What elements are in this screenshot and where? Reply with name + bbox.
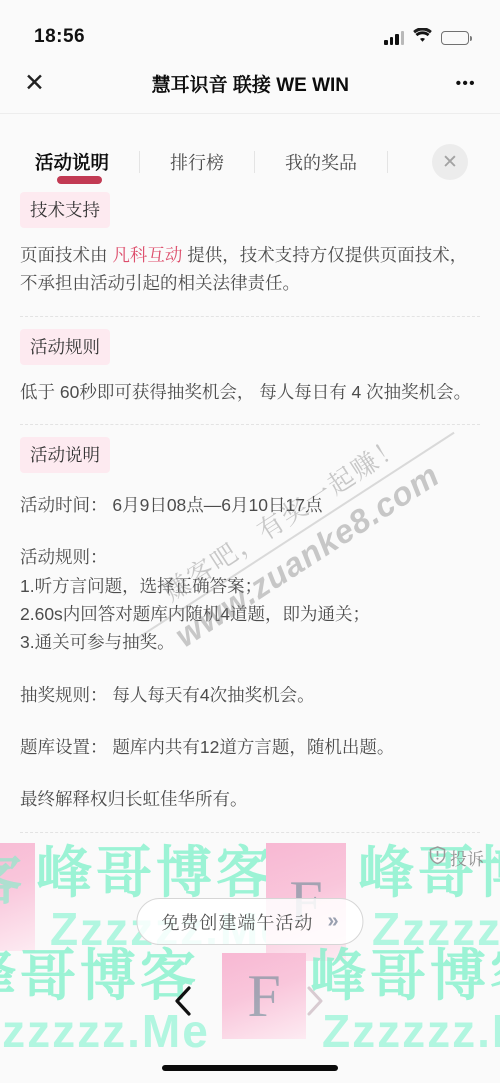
tech-support-text-before: 页面技术由 — [20, 245, 112, 265]
chevron-right-icon — [302, 985, 328, 1017]
tab-my-prizes[interactable]: 我的奖品 — [285, 149, 357, 175]
tech-support-text: 页面技术由 凡科互动 提供，技术支持方仅提供页面技术，不承担由活动引起的相关法律… — [20, 241, 480, 298]
browser-nav-bar: ✕ 慧耳识音 联接 WE WIN ••• — [0, 54, 500, 114]
active-tab-indicator — [57, 176, 102, 184]
fanke-link[interactable]: 凡科互动 — [112, 245, 182, 265]
tabs-close-button[interactable]: ✕ — [432, 144, 468, 180]
next-page-button[interactable] — [302, 985, 328, 1017]
tab-divider — [139, 151, 140, 173]
final-interpretation-text: 最终解释权归长虹佳华所有。 — [20, 785, 480, 813]
previous-page-button[interactable] — [170, 985, 196, 1017]
tech-support-badge: 技术支持 — [20, 192, 110, 228]
watermark-brand-cn: 峰哥博客 — [310, 948, 500, 1004]
rule-item-2: 2.60s内回答对题库内随机4道题，即为通关； — [20, 604, 370, 624]
tab-leaderboard[interactable]: 排行榜 — [170, 149, 224, 175]
watermark-letter-f: F — [247, 962, 280, 1031]
watermark-pink-block: F — [222, 953, 306, 1039]
lottery-rule-text: 抽奖规则： 每人每天有4次抽奖机会。 — [20, 681, 480, 709]
watermark-pink-block — [0, 843, 35, 951]
dashed-divider — [20, 424, 480, 425]
activity-rule-list: 活动规则： 1.听方言问题，选择正确答案； 2.60s内回答对题库内随机4道题，… — [20, 543, 480, 656]
watermark-brand-en: Zzzzzz.Me — [322, 1008, 500, 1054]
rule-item-3: 3.通关可参与抽奖。 — [20, 632, 175, 652]
home-indicator[interactable] — [162, 1065, 338, 1071]
clock: 18:56 — [34, 26, 85, 48]
battery-icon — [441, 31, 472, 45]
tab-divider — [254, 151, 255, 173]
double-chevron-right-icon: » — [327, 910, 338, 933]
rule-list-title: 活动规则： — [20, 547, 108, 567]
activity-description-badge: 活动说明 — [20, 437, 110, 473]
dashed-divider — [20, 316, 480, 317]
wifi-icon — [412, 28, 433, 48]
page-content: 活动说明 排行榜 我的奖品 ✕ 技术支持 页面技术由 凡科互动 提供，技术支持方… — [0, 114, 500, 833]
activity-rules-badge: 活动规则 — [20, 329, 110, 365]
shield-exclamation-icon — [429, 846, 446, 870]
activity-time: 活动时间： 6月9日08点—6月10日17点 — [20, 491, 480, 519]
report-button[interactable]: 投诉 — [429, 845, 484, 870]
tab-bar: 活动说明 排行榜 我的奖品 ✕ — [0, 114, 500, 180]
question-bank-text: 题库设置： 题库内共有12道方言题，随机出题。 — [20, 733, 480, 761]
cellular-signal-icon — [384, 31, 404, 45]
page-title: 慧耳识音 联接 WE WIN — [45, 70, 456, 97]
rule-item-1: 1.听方言问题，选择正确答案； — [20, 576, 262, 596]
watermark-brand-cn: 峰哥博客 — [36, 845, 276, 901]
watermark-brand-fragment: 客 — [0, 852, 26, 908]
activity-rules-text: 低于 60秒即可获得抽奖机会， 每人每日有 4 次抽奖机会。 — [20, 378, 480, 406]
dashed-divider — [20, 832, 480, 833]
tab-activity-description[interactable]: 活动说明 — [35, 149, 109, 175]
report-label: 投诉 — [450, 845, 484, 870]
close-icon[interactable]: ✕ — [24, 71, 45, 96]
status-bar: 18:56 — [0, 0, 500, 54]
more-menu-icon[interactable]: ••• — [456, 75, 476, 92]
x-icon: ✕ — [442, 151, 458, 174]
create-activity-button[interactable]: 免费创建端午活动 » — [136, 898, 363, 945]
create-activity-label: 免费创建端午活动 — [161, 909, 313, 935]
tab-divider — [387, 151, 388, 173]
watermark-brand-en: Zzzzzz.Me — [372, 906, 500, 952]
chevron-left-icon — [170, 985, 196, 1017]
